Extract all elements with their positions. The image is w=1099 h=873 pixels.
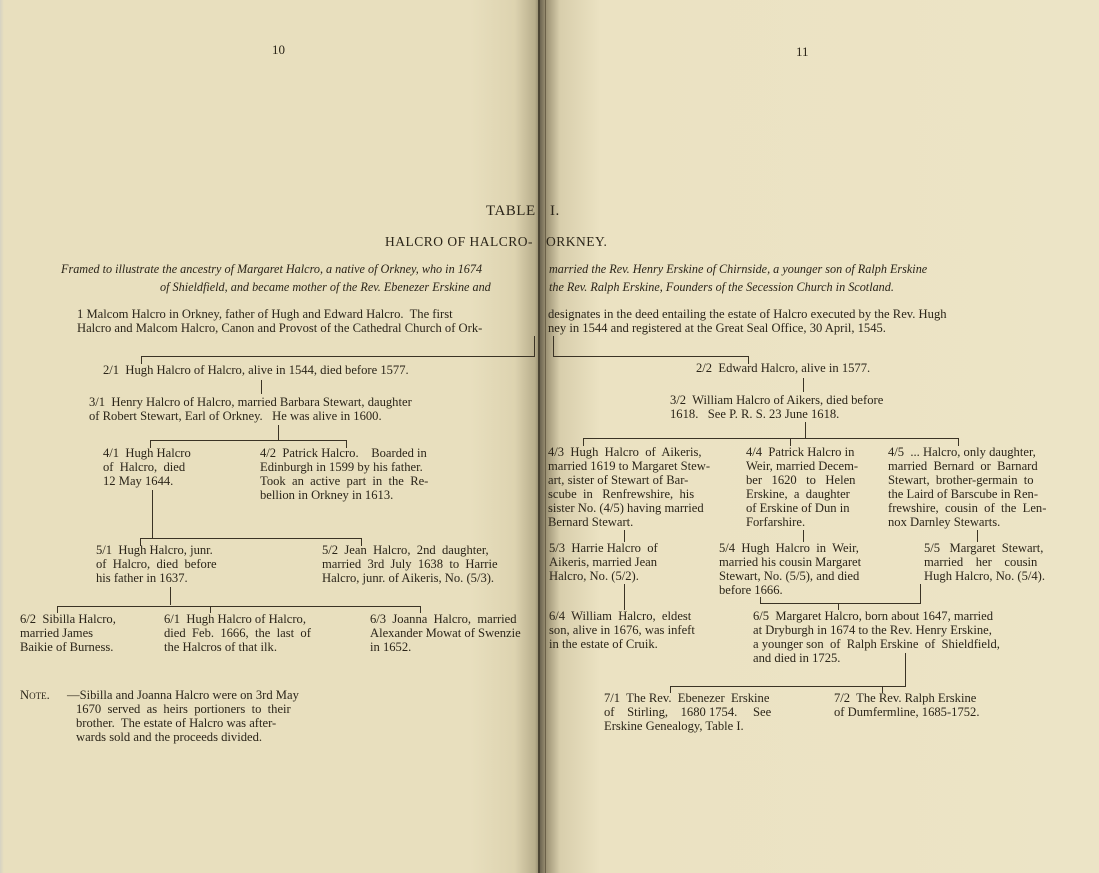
text-line: Forfarshire. bbox=[746, 516, 805, 530]
connector-line bbox=[261, 380, 262, 394]
person-2-1: 2/1 Hugh Halcro of Halcro, alive in 1544… bbox=[103, 364, 409, 378]
connector-line bbox=[170, 587, 171, 605]
text-line: 6/4 William Halcro, eldest bbox=[549, 610, 691, 624]
text-line: Hugh Halcro, No. (5/4). bbox=[924, 570, 1045, 584]
text-line: 6/3 Joanna Halcro, married bbox=[370, 613, 517, 627]
text-line: brother. The estate of Halcro was after- bbox=[76, 717, 276, 731]
text-line: the Laird of Barscube in Ren- bbox=[888, 488, 1038, 502]
subtitle-line2-right: the Rev. Ralph Erskine, Founders of the … bbox=[549, 281, 894, 295]
text-line: nox Darnley Stewarts. bbox=[888, 516, 1000, 530]
root-line2-right: ney in 1544 and registered at the Great … bbox=[548, 322, 886, 336]
note-label: Note. bbox=[20, 689, 50, 703]
text-line: ber 1620 to Helen bbox=[746, 474, 855, 488]
text-line: 5/2 Jean Halcro, 2nd daughter, bbox=[322, 544, 489, 558]
text-line: in the estate of Cruik. bbox=[549, 638, 658, 652]
text-line: a younger son of Ralph Erskine of Shield… bbox=[753, 638, 1000, 652]
person-3-2-line1: 3/2 William Halcro of Aikers, died befor… bbox=[670, 394, 883, 408]
text-line: —Sibilla and Joanna Halcro were on 3rd M… bbox=[67, 689, 299, 703]
text-line: 5/1 Hugh Halcro, junr. bbox=[96, 544, 213, 558]
connector-line bbox=[624, 584, 625, 610]
text-line: Stewart, No. (5/5), and died bbox=[719, 570, 859, 584]
text-line: married his cousin Margaret bbox=[719, 556, 861, 570]
text-line: 4/4 Patrick Halcro in bbox=[746, 446, 854, 460]
text-line: and died in 1725. bbox=[753, 652, 840, 666]
heading-left: HALCRO OF HALCRO- bbox=[385, 235, 533, 249]
connector-line bbox=[920, 584, 921, 604]
text-line: 12 May 1644. bbox=[103, 475, 173, 489]
text-line: Halcro, No. (5/2). bbox=[549, 570, 639, 584]
text-line: married Bernard or Barnard bbox=[888, 460, 1038, 474]
text-line: in 1652. bbox=[370, 641, 411, 655]
connector-line bbox=[140, 538, 362, 539]
text-line: Stewart, brother-germain to bbox=[888, 474, 1034, 488]
connector-line bbox=[150, 440, 347, 441]
connector-line bbox=[760, 603, 921, 604]
text-line: 5/5 Margaret Stewart, bbox=[924, 542, 1043, 556]
text-line: 4/5 ... Halcro, only daughter, bbox=[888, 446, 1036, 460]
text-line: 1670 served as heirs portioners to their bbox=[76, 703, 291, 717]
text-line: Baikie of Burness. bbox=[20, 641, 113, 655]
text-line: married 1619 to Margaret Stew- bbox=[548, 460, 710, 474]
text-line: married her cousin bbox=[924, 556, 1037, 570]
connector-line bbox=[57, 606, 421, 607]
text-line: 6/5 Margaret Halcro, born about 1647, ma… bbox=[753, 610, 993, 624]
text-line: of Halcro, died bbox=[103, 461, 185, 475]
page-number-left: 10 bbox=[272, 43, 285, 57]
root-line1-left: 1 Malcom Halcro in Orkney, father of Hug… bbox=[77, 308, 453, 322]
text-line: died Feb. 1666, the last of bbox=[164, 627, 311, 641]
person-3-1-line2: of Robert Stewart, Earl of Orkney. He wa… bbox=[89, 410, 382, 424]
text-line: the Halcros of that ilk. bbox=[164, 641, 277, 655]
book-spine bbox=[538, 0, 540, 873]
text-line: Aikeris, married Jean bbox=[549, 556, 657, 570]
text-line: 4/1 Hugh Halcro bbox=[103, 447, 191, 461]
text-line: married James bbox=[20, 627, 93, 641]
connector-line bbox=[760, 597, 761, 604]
table-title-left: TABLE bbox=[486, 205, 536, 219]
text-line: Erskine, a daughter bbox=[746, 488, 850, 502]
text-line: 5/3 Harrie Halcro of bbox=[549, 542, 658, 556]
root-line1-right: designates in the deed entailing the est… bbox=[548, 308, 947, 322]
text-line: Took an active part in the Re- bbox=[260, 475, 428, 489]
text-line: 6/2 Sibilla Halcro, bbox=[20, 613, 116, 627]
subtitle-line2-left: of Shieldfield, and became mother of the… bbox=[160, 281, 491, 295]
text-line: scube in Renfrewshire, his bbox=[548, 488, 694, 502]
text-line: of Erskine of Dun in bbox=[746, 502, 850, 516]
text-line: Edinburgh in 1599 by his father. bbox=[260, 461, 423, 475]
text-line: 7/1 The Rev. Ebenezer Erskine bbox=[604, 692, 769, 706]
root-line2-left: Halcro and Malcom Halcro, Canon and Prov… bbox=[77, 322, 482, 336]
text-line: of Dumfermline, 1685-1752. bbox=[834, 706, 980, 720]
connector-line bbox=[553, 356, 748, 357]
connector-line bbox=[152, 490, 153, 538]
text-line: art, sister of Stewart of Bar- bbox=[548, 474, 688, 488]
person-2-2: 2/2 Edward Halcro, alive in 1577. bbox=[696, 362, 870, 376]
text-line: son, alive in 1676, was infeft bbox=[549, 624, 695, 638]
text-line: frewshire, cousin of the Len- bbox=[888, 502, 1046, 516]
text-line: of Halcro, died before bbox=[96, 558, 217, 572]
text-line: 4/2 Patrick Halcro. Boarded in bbox=[260, 447, 427, 461]
connector-line bbox=[805, 422, 806, 438]
subtitle-line1-left: Framed to illustrate the ancestry of Mar… bbox=[61, 263, 482, 277]
text-line: Erskine Genealogy, Table I. bbox=[604, 720, 744, 734]
text-line: 6/1 Hugh Halcro of Halcro, bbox=[164, 613, 306, 627]
connector-line bbox=[534, 336, 535, 356]
connector-line bbox=[670, 686, 906, 687]
text-line: Weir, married Decem- bbox=[746, 460, 858, 474]
text-line: Bernard Stewart. bbox=[548, 516, 633, 530]
person-3-2-line2: 1618. See P. R. S. 23 June 1618. bbox=[670, 408, 839, 422]
text-line: at Dryburgh in 1674 to the Rev. Henry Er… bbox=[753, 624, 992, 638]
heading-right: ORKNEY. bbox=[546, 235, 607, 249]
text-line: bellion in Orkney in 1613. bbox=[260, 489, 393, 503]
text-line: 7/2 The Rev. Ralph Erskine bbox=[834, 692, 976, 706]
connector-line bbox=[803, 378, 804, 392]
right-page bbox=[540, 0, 1099, 873]
text-line: 5/4 Hugh Halcro in Weir, bbox=[719, 542, 859, 556]
text-line: sister No. (4/5) having married bbox=[548, 502, 704, 516]
text-line: his father in 1637. bbox=[96, 572, 188, 586]
text-line: before 1666. bbox=[719, 584, 783, 598]
connector-line bbox=[905, 653, 906, 686]
book-spine-edge bbox=[545, 0, 546, 873]
connector-line bbox=[553, 336, 554, 356]
subtitle-line1-right: married the Rev. Henry Erskine of Chirns… bbox=[549, 263, 927, 277]
text-line: Halcro, junr. of Aikeris, No. (5/3). bbox=[322, 572, 494, 586]
connector-line bbox=[141, 356, 535, 357]
text-line: 4/3 Hugh Halcro of Aikeris, bbox=[548, 446, 702, 460]
text-line: married 3rd July 1638 to Harrie bbox=[322, 558, 498, 572]
connector-line bbox=[278, 425, 279, 440]
connector-line bbox=[583, 438, 959, 439]
page-number-right: 11 bbox=[796, 45, 809, 59]
person-3-1-line1: 3/1 Henry Halcro of Halcro, married Barb… bbox=[89, 396, 412, 410]
text-line: of Stirling, 1680 1754. See bbox=[604, 706, 771, 720]
table-title-right: I. bbox=[550, 205, 560, 219]
text-line: wards sold and the proceeds divided. bbox=[76, 731, 262, 745]
text-line: Alexander Mowat of Swenzie bbox=[370, 627, 521, 641]
